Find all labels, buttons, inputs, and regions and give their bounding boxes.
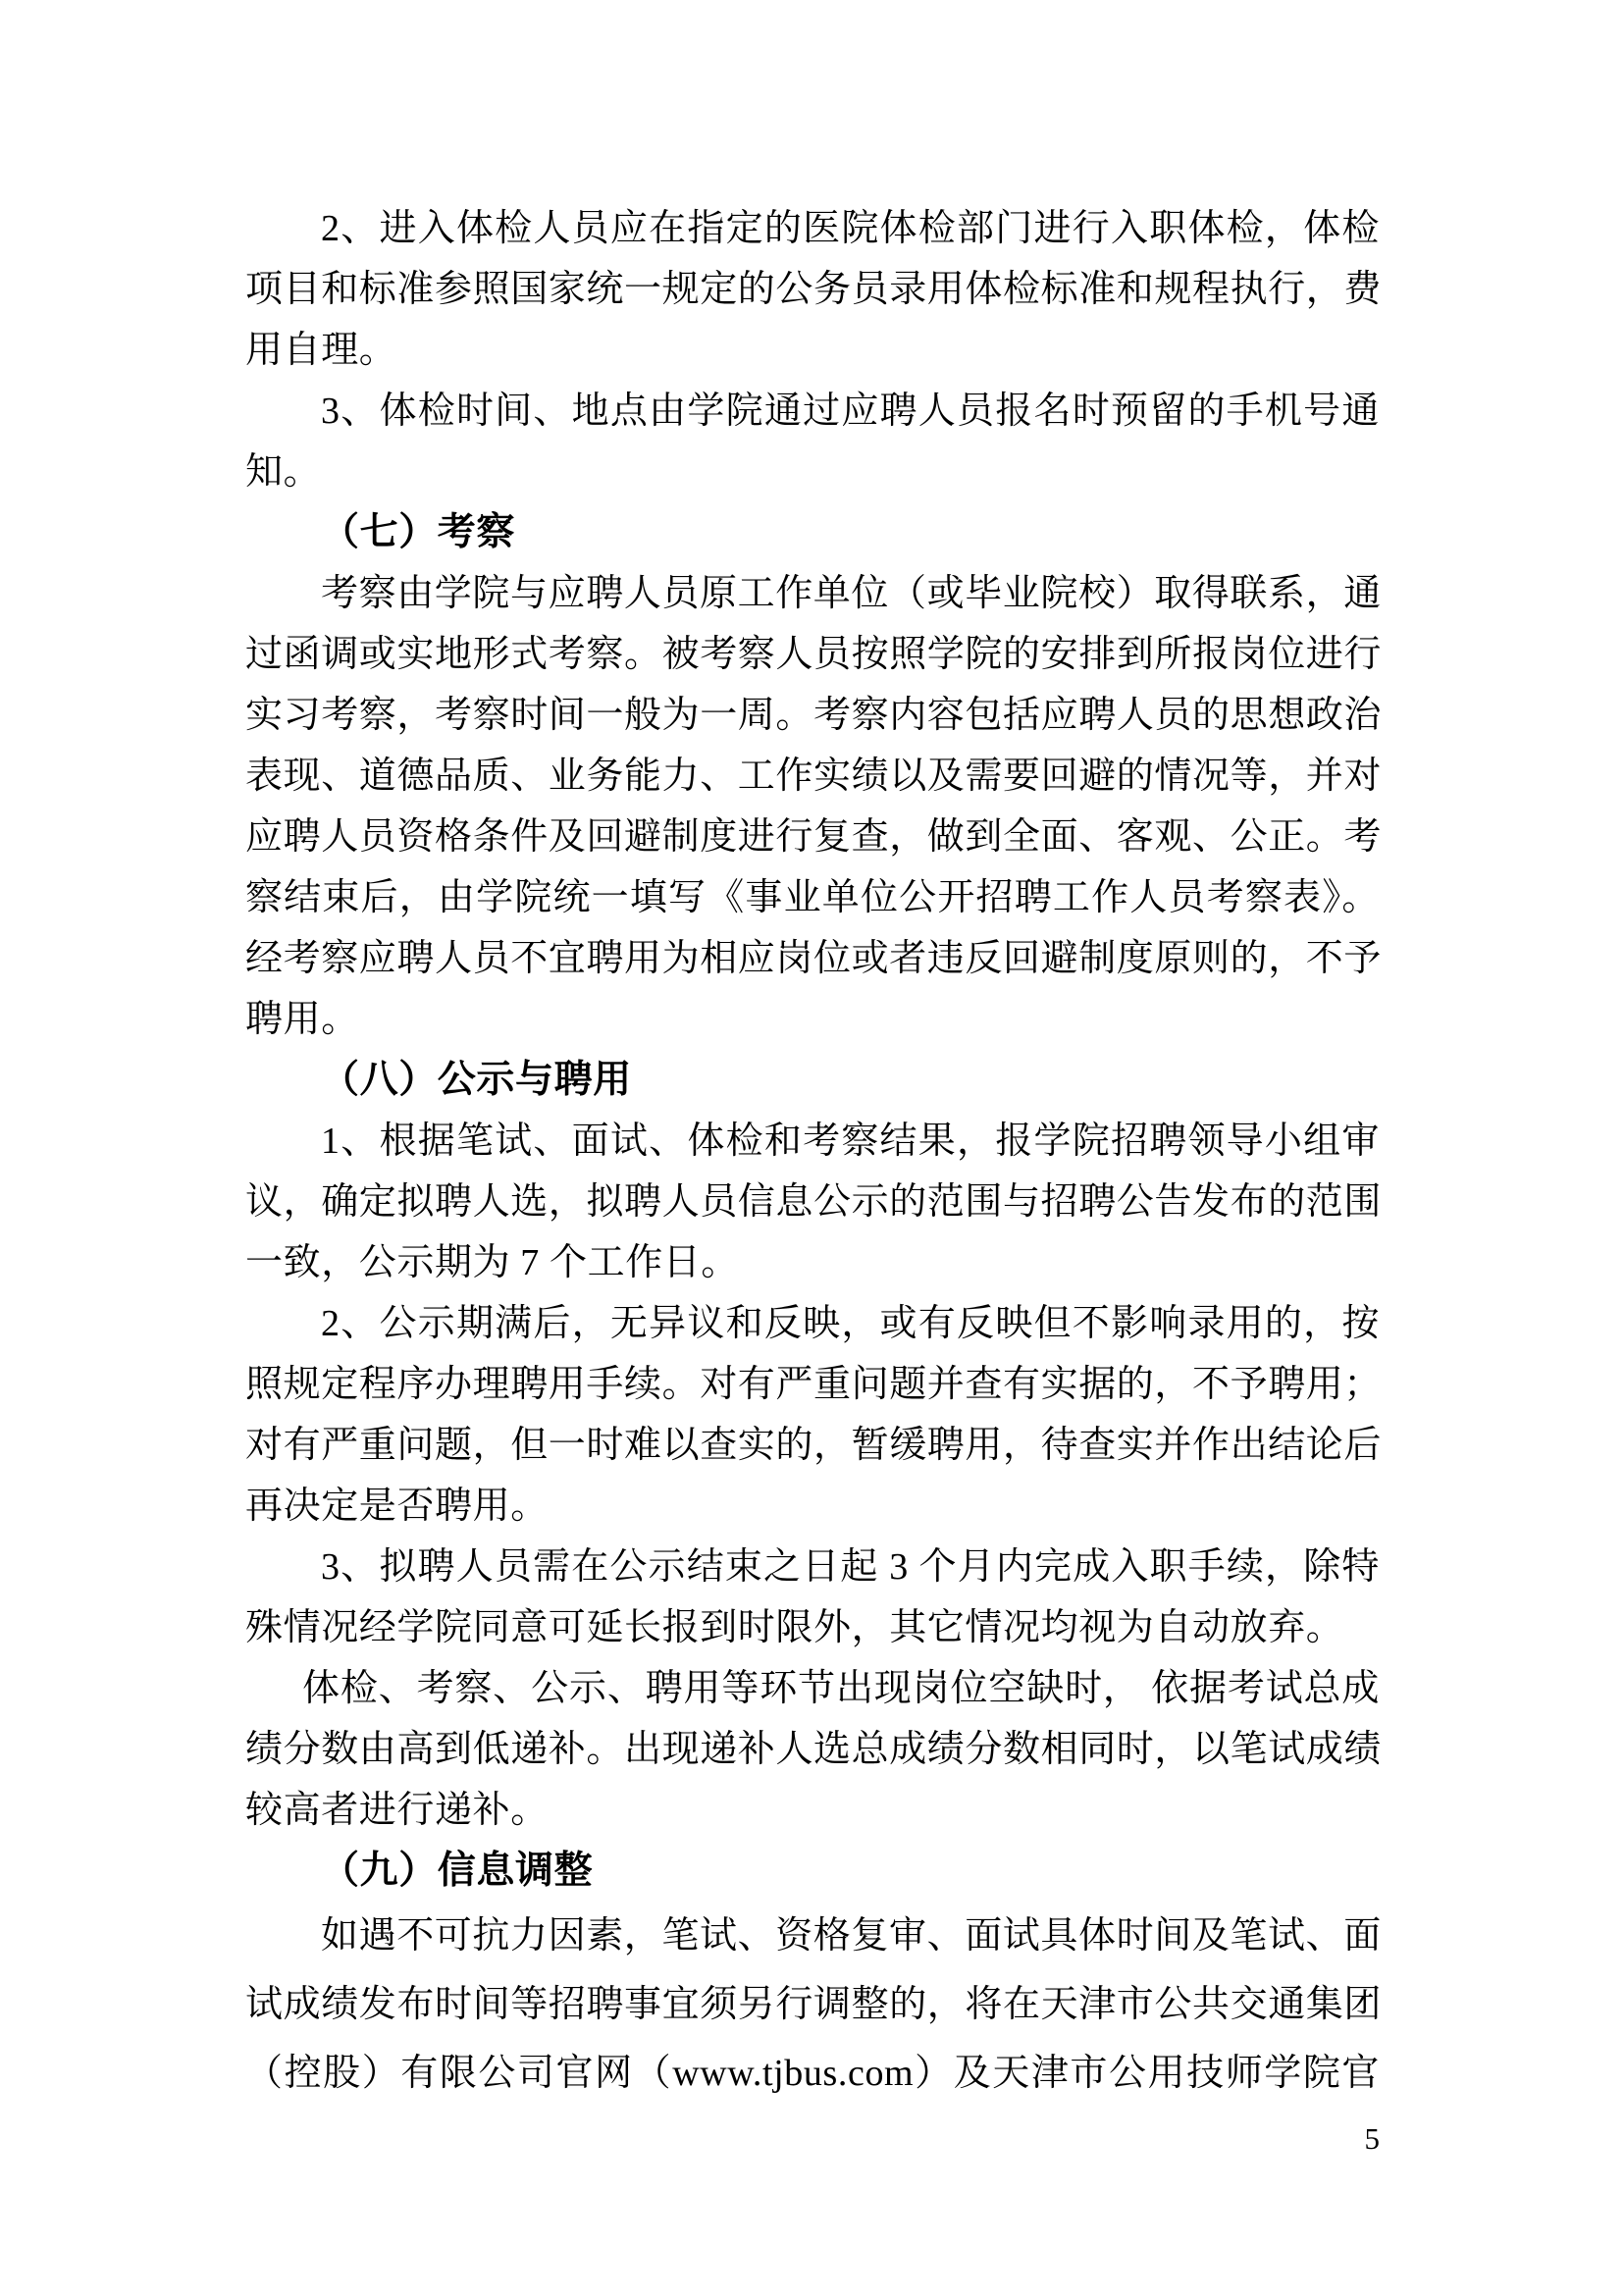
document-page: 2、进入体检人员应在指定的医院体检部门进行入职体检，体检项目和标准参照国家统一规… <box>0 0 1624 2296</box>
text-line: 过函调或实地形式考察。被考察人员按照学院的安排到所报岗位进行 <box>245 624 1380 685</box>
section-heading: （八）公示与聘用 <box>245 1050 1380 1111</box>
page-number: 5 <box>245 2117 1380 2161</box>
text-line: （控股）有限公司官网（www.tjbus.com）及天津市公用技师学院官 <box>245 2039 1380 2108</box>
text-line: 照规定程序办理聘用手续。对有严重问题并查有实据的，不予聘用； <box>245 1354 1380 1415</box>
text-line: 聘用。 <box>245 989 1380 1050</box>
text-line: 体检、考察、公示、聘用等环节出现岗位空缺时， 依据考试总成 <box>245 1658 1380 1719</box>
text-line: 用自理。 <box>245 320 1380 381</box>
text-line: 一致，公示期为 7 个工作日。 <box>245 1232 1380 1293</box>
text-line: 项目和标准参照国家统一规定的公务员录用体检标准和规程执行，费 <box>245 259 1380 320</box>
text-line: 绩分数由高到低递补。出现递补人选总成绩分数相同时，以笔试成绩 <box>245 1719 1380 1780</box>
text-line: 议，确定拟聘人选，拟聘人员信息公示的范围与招聘公告发布的范围 <box>245 1172 1380 1232</box>
text-line: 2、公示期满后，无异议和反映，或有反映但不影响录用的，按 <box>245 1293 1380 1354</box>
text-line: 知。 <box>245 442 1380 502</box>
text-line: 如遇不可抗力因素，笔试、资格复审、面试具体时间及笔试、面 <box>245 1902 1380 1970</box>
text-line: 试成绩发布时间等招聘事宜须另行调整的，将在天津市公共交通集团 <box>245 1970 1380 2039</box>
text-line: 2、进入体检人员应在指定的医院体检部门进行入职体检，体检 <box>245 198 1380 259</box>
text-line: 察结束后，由学院统一填写《事业单位公开招聘工作人员考察表》。 <box>245 867 1380 928</box>
text-line: 经考察应聘人员不宜聘用为相应岗位或者违反回避制度原则的，不予 <box>245 928 1380 989</box>
text-line: 表现、道德品质、业务能力、工作实绩以及需要回避的情况等，并对 <box>245 746 1380 807</box>
text-line: 较高者进行递补。 <box>245 1780 1380 1841</box>
text-line: 1、根据笔试、面试、体检和考察结果，报学院招聘领导小组审 <box>245 1111 1380 1172</box>
text-line: 考察由学院与应聘人员原工作单位（或毕业院校）取得联系，通 <box>245 563 1380 624</box>
section-heading: （七）考察 <box>245 502 1380 563</box>
text-line: 实习考察，考察时间一般为一周。考察内容包括应聘人员的思想政治 <box>245 685 1380 746</box>
text-line: 3、体检时间、地点由学院通过应聘人员报名时预留的手机号通 <box>245 381 1380 442</box>
document-body: 2、进入体检人员应在指定的医院体检部门进行入职体检，体检项目和标准参照国家统一规… <box>245 198 1380 2108</box>
section-heading: （九）信息调整 <box>245 1841 1380 1902</box>
text-line: 再决定是否聘用。 <box>245 1476 1380 1537</box>
text-line: 应聘人员资格条件及回避制度进行复查，做到全面、客观、公正。考 <box>245 807 1380 867</box>
text-line: 3、拟聘人员需在公示结束之日起 3 个月内完成入职手续，除特 <box>245 1537 1380 1597</box>
text-line: 对有严重问题，但一时难以查实的，暂缓聘用，待查实并作出结论后 <box>245 1415 1380 1476</box>
text-line: 殊情况经学院同意可延长报到时限外，其它情况均视为自动放弃。 <box>245 1597 1380 1658</box>
